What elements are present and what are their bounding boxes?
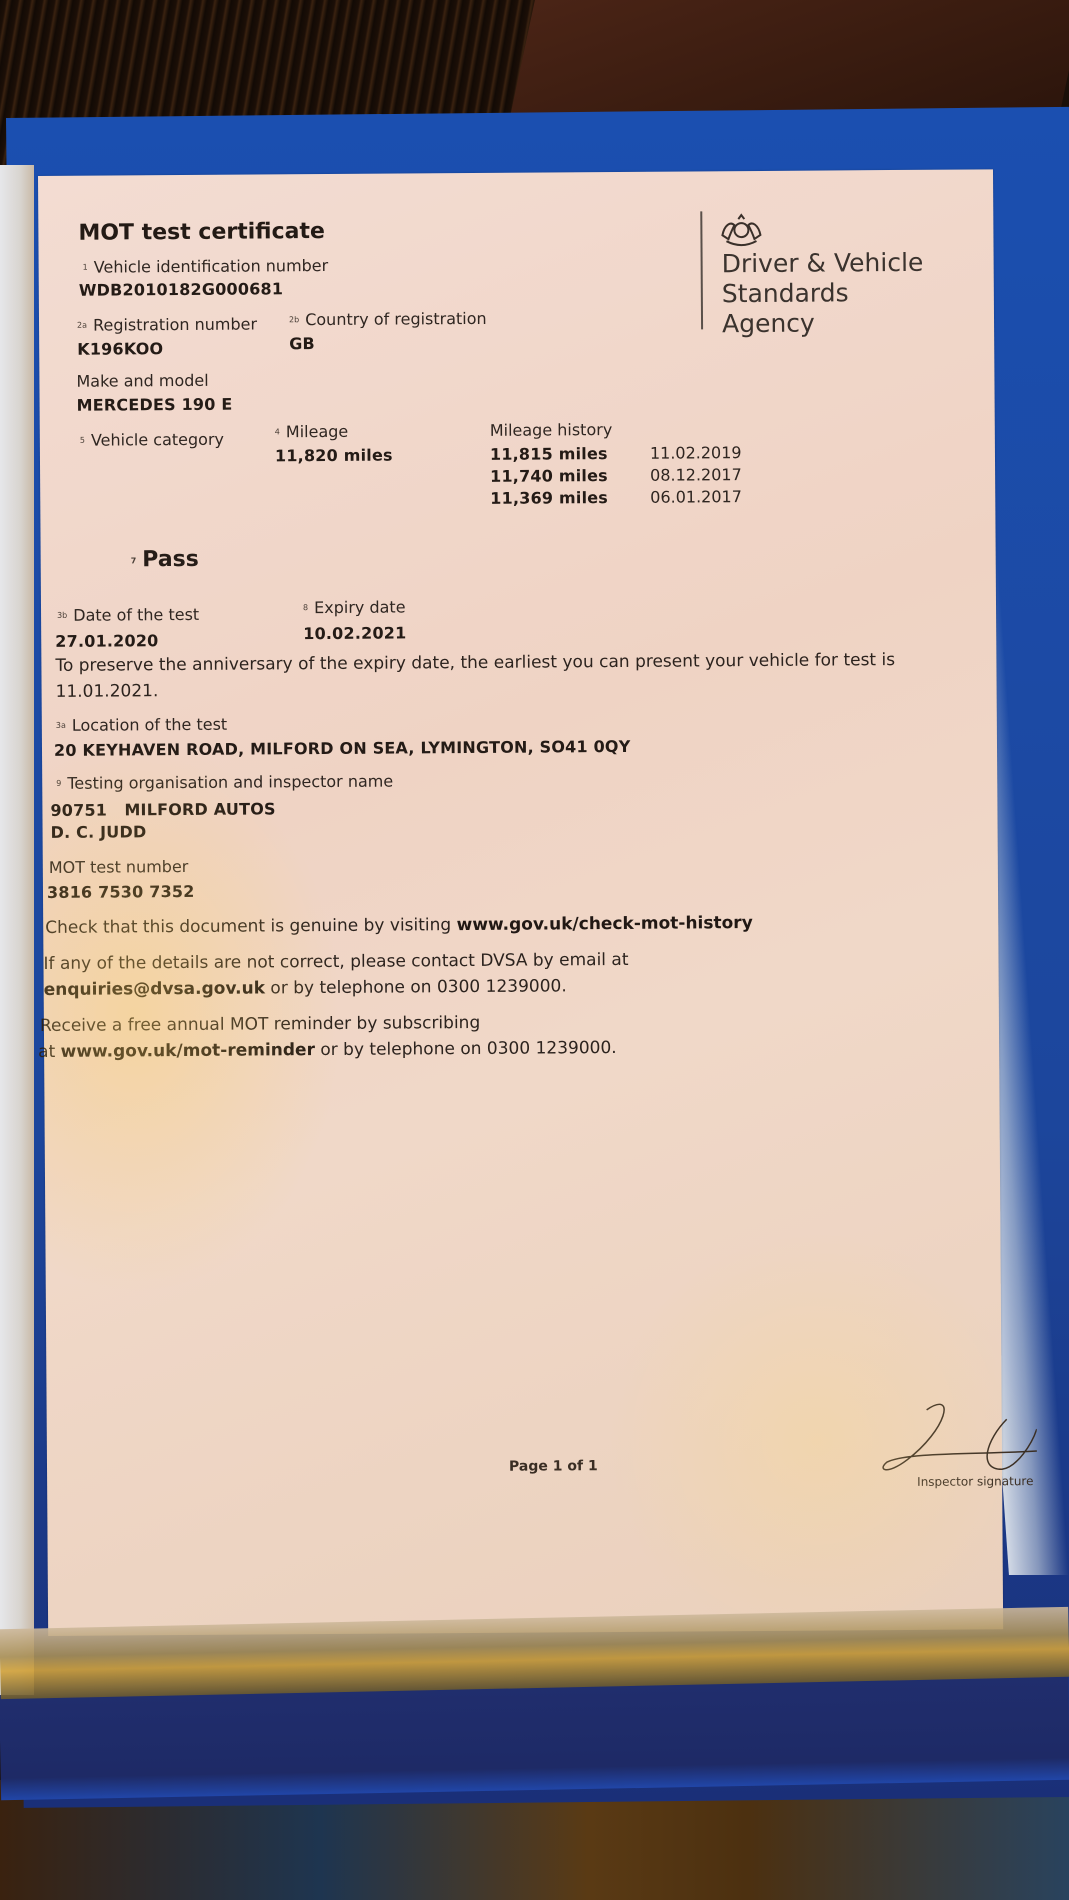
mot-certificate-page: MOT test certificate Driver & Vehicle St… (38, 169, 1003, 1636)
location-value: 20 KEYHAVEN ROAD, MILFORD ON SEA, LYMING… (54, 737, 631, 760)
royal-crest-icon (718, 213, 764, 247)
reminder-notice-line2: at www.gov.uk/mot-reminder or by telepho… (38, 1038, 617, 1062)
vin-value: WDB2010182G000681 (79, 279, 284, 299)
inspector-name: D. C. JUDD (51, 822, 147, 842)
make-model-value: MERCEDES 190 E (77, 395, 233, 415)
mileage-label: 4Mileage (275, 422, 349, 442)
expiry-date-label: 8Expiry date (303, 597, 406, 617)
make-model-label: Make and model (76, 371, 208, 391)
mileage-history-label: Mileage history (490, 420, 613, 440)
contact-notice-line1: If any of the details are not correct, p… (43, 950, 628, 974)
test-date-value: 27.01.2020 (55, 631, 158, 651)
page-number: Page 1 of 1 (509, 1458, 598, 1475)
genuine-check-notice: Check that this document is genuine by v… (45, 913, 753, 938)
testing-org-label: 9Testing organisation and inspector name (56, 772, 393, 793)
mileage-history-row: 11,815 miles 11.02.2019 (490, 443, 742, 467)
mot-reminder-link[interactable]: www.gov.uk/mot-reminder (61, 1040, 315, 1062)
mileage-history-row: 11,369 miles 06.01.2017 (490, 487, 742, 511)
signature-caption: Inspector signature (917, 1474, 1033, 1489)
document-title: MOT test certificate (78, 219, 325, 246)
reminder-notice-line1: Receive a free annual MOT reminder by su… (40, 1013, 480, 1036)
mileage-history-row: 11,740 miles 08.12.2017 (490, 465, 742, 489)
vin-label: 1Vehicle identification number (83, 256, 329, 277)
test-result: 7Pass (131, 547, 199, 572)
anniversary-note: To preserve the anniversary of the expir… (55, 650, 895, 676)
check-mot-history-link[interactable]: www.gov.uk/check-mot-history (457, 913, 753, 935)
expiry-date-value: 10.02.2021 (303, 623, 406, 643)
logo-divider (700, 211, 703, 329)
registration-label: 2aRegistration number (77, 314, 257, 334)
test-number-label: MOT test number (49, 857, 189, 877)
mileage-history-list: 11,815 miles 11.02.2019 11,740 miles 08.… (490, 443, 742, 511)
contact-notice-line2: enquiries@dvsa.gov.uk or by telephone on… (44, 976, 567, 1000)
dvsa-email-link[interactable]: enquiries@dvsa.gov.uk (44, 978, 265, 1000)
location-label: 3aLocation of the test (56, 715, 227, 735)
test-number-value: 3816 7530 7352 (47, 882, 195, 902)
test-date-label: 3bDate of the test (57, 605, 199, 625)
registration-value: K196KOO (77, 339, 163, 359)
country-label: 2bCountry of registration (289, 309, 487, 329)
testing-org-value: 90751 MILFORD AUTOS (50, 799, 275, 820)
vehicle-category-label: 5Vehicle category (80, 430, 224, 450)
issuer-name: Driver & Vehicle Standards Agency (722, 247, 983, 339)
earliest-test-date: 11.01.2021. (56, 681, 159, 702)
country-value: GB (289, 334, 315, 353)
plastic-sleeve-left (0, 165, 34, 1695)
mileage-value: 11,820 miles (275, 446, 393, 466)
